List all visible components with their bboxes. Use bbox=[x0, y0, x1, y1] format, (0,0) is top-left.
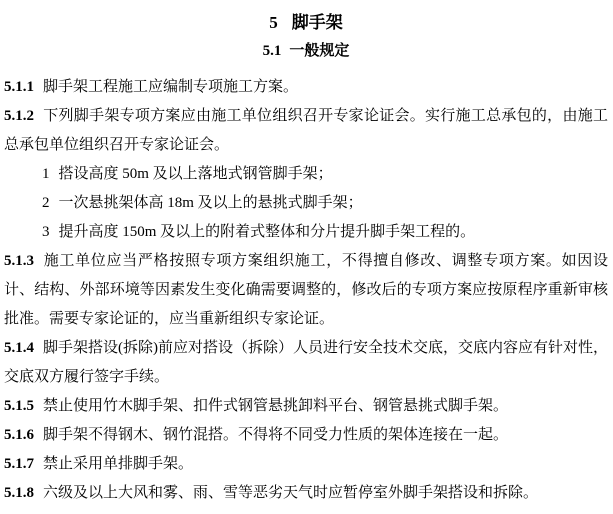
clause-5-1-2-item-3: 3提升高度 150m 及以上的附着式整体和分片提升脚手架工程的。 bbox=[4, 218, 608, 247]
clause-5-1-2-item-1-text: 搭设高度 50m 及以上落地式钢管脚手架； bbox=[59, 166, 333, 182]
clause-5-1-5-text: 禁止使用竹木脚手架、扣件式钢管悬挑卸料平台、钢管悬挑式脚手架。 bbox=[43, 398, 508, 414]
clause-5-1-2-item-2-number: 2 bbox=[42, 195, 50, 211]
clause-5-1-3-text: 施工单位应当严格按照专项方案组织施工，不得擅自修改、调整专项方案。如因设计、结构… bbox=[4, 253, 608, 327]
clause-5-1-3-number: 5.1.3 bbox=[4, 253, 34, 269]
clause-5-1-4-number: 5.1.4 bbox=[4, 340, 34, 356]
clause-5-1-6: 5.1.6脚手架不得钢木、钢竹混搭。不得将不同受力性质的架体连接在一起。 bbox=[4, 421, 608, 450]
clause-5-1-7: 5.1.7禁止采用单排脚手架。 bbox=[4, 450, 608, 479]
clause-5-1-6-number: 5.1.6 bbox=[4, 427, 34, 443]
clause-5-1-8: 5.1.8六级及以上大风和雾、雨、雪等恶劣天气时应暂停室外脚手架搭设和拆除。 bbox=[4, 479, 608, 508]
document-page: 5脚手架 5.1一般规定 5.1.1脚手架工程施工应编制专项施工方案。 5.1.… bbox=[0, 0, 613, 514]
section-number: 5.1 bbox=[263, 43, 282, 59]
clause-5-1-7-text: 禁止采用单排脚手架。 bbox=[43, 456, 193, 472]
section-title-text: 一般规定 bbox=[289, 43, 349, 59]
clause-5-1-2: 5.1.2下列脚手架专项方案应由施工单位组织召开专家论证会。实行施工总承包的，由… bbox=[4, 102, 608, 160]
clause-5-1-3: 5.1.3施工单位应当严格按照专项方案组织施工，不得擅自修改、调整专项方案。如因… bbox=[4, 247, 608, 334]
clause-5-1-1-text: 脚手架工程施工应编制专项施工方案。 bbox=[43, 79, 298, 95]
clause-5-1-2-item-3-number: 3 bbox=[42, 224, 50, 240]
clause-5-1-8-text: 六级及以上大风和雾、雨、雪等恶劣天气时应暂停室外脚手架搭设和拆除。 bbox=[43, 485, 538, 501]
chapter-number: 5 bbox=[269, 13, 278, 32]
clause-5-1-2-text: 下列脚手架专项方案应由施工单位组织召开专家论证会。实行施工总承包的，由施工总承包… bbox=[4, 108, 608, 153]
clause-5-1-5: 5.1.5禁止使用竹木脚手架、扣件式钢管悬挑卸料平台、钢管悬挑式脚手架。 bbox=[4, 392, 608, 421]
clause-5-1-2-item-2: 2一次悬挑架体高 18m 及以上的悬挑式脚手架； bbox=[4, 189, 608, 218]
clause-5-1-1-number: 5.1.1 bbox=[4, 79, 34, 95]
clause-5-1-2-item-1: 1搭设高度 50m 及以上落地式钢管脚手架； bbox=[4, 160, 608, 189]
clause-5-1-8-number: 5.1.8 bbox=[4, 485, 34, 501]
clause-5-1-2-item-3-text: 提升高度 150m 及以上的附着式整体和分片提升脚手架工程的。 bbox=[59, 224, 476, 240]
chapter-title-text: 脚手架 bbox=[292, 13, 343, 32]
clause-5-1-5-number: 5.1.5 bbox=[4, 398, 34, 414]
section-title: 5.1一般规定 bbox=[4, 41, 608, 61]
clause-5-1-4: 5.1.4脚手架搭设(拆除)前应对搭设（拆除）人员进行安全技术交底，交底内容应有… bbox=[4, 334, 608, 392]
clause-5-1-7-number: 5.1.7 bbox=[4, 456, 34, 472]
clause-5-1-6-text: 脚手架不得钢木、钢竹混搭。不得将不同受力性质的架体连接在一起。 bbox=[43, 427, 508, 443]
clause-5-1-1: 5.1.1脚手架工程施工应编制专项施工方案。 bbox=[4, 73, 608, 102]
clause-5-1-2-number: 5.1.2 bbox=[4, 108, 34, 124]
chapter-title: 5脚手架 bbox=[4, 12, 608, 34]
clause-5-1-2-item-1-number: 1 bbox=[42, 166, 50, 182]
clause-5-1-2-item-2-text: 一次悬挑架体高 18m 及以上的悬挑式脚手架； bbox=[59, 195, 363, 211]
clause-5-1-4-text: 脚手架搭设(拆除)前应对搭设（拆除）人员进行安全技术交底，交底内容应有针对性，交… bbox=[4, 340, 608, 385]
